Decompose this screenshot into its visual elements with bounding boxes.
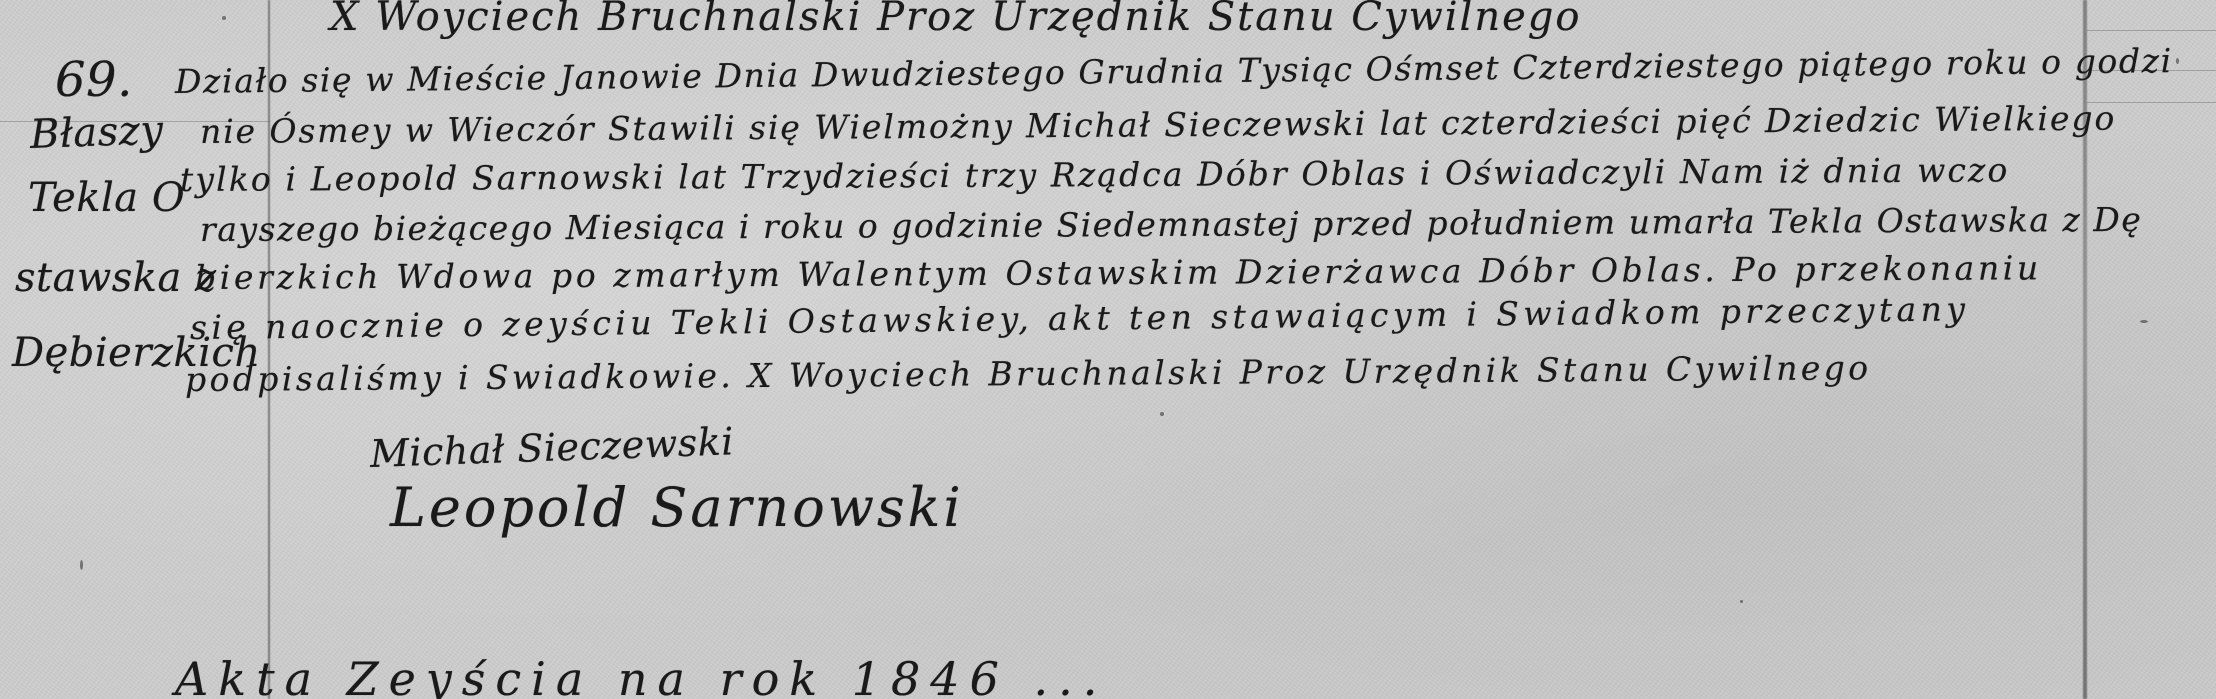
paper-speck — [1740, 600, 1743, 603]
left-margin-rule — [268, 0, 270, 699]
paper-speck — [222, 16, 226, 20]
paper-speck — [2140, 320, 2148, 323]
body-line-1: Działo się w Mieście Janowie Dnia Dwudzi… — [175, 41, 2173, 101]
margin-name-line-2: Tekla O — [28, 175, 185, 221]
signature-witness-1: Michał Sieczewski — [369, 419, 734, 476]
margin-name-line-1: Błaszy — [29, 107, 164, 158]
entry-number: 69. — [55, 52, 133, 108]
paper-speck — [1160, 412, 1164, 416]
next-entry-heading-partial: Akta Zeyścia na rok 1846 ... — [175, 652, 1107, 699]
body-line-2: nie Ósmey w Wieczór Stawili się Wielmożn… — [200, 99, 2116, 151]
margin-name-line-3: stawska z — [15, 255, 217, 301]
paper-speck — [80, 560, 83, 570]
signature-witness-2: Leopold Sarnowski — [390, 476, 964, 539]
body-line-6: się naocznie o zeyściu Tekli Ostawskiey,… — [190, 289, 1970, 347]
paper-speck — [2176, 58, 2179, 64]
body-line-3: tylko i Leopold Sarnowski lat Trzydzieśc… — [180, 150, 2010, 199]
body-line-7: podpisaliśmy i Swiadkowie. X Woyciech Br… — [185, 348, 1872, 399]
body-line-4: rayszego bieżącego Miesiąca i roku o god… — [200, 200, 2143, 249]
body-line-5: bierzkich Wdowa po zmarłym Walentym Osta… — [195, 248, 2042, 297]
registrar-header: X Woyciech Bruchnalski Proz Urzędnik Sta… — [330, 0, 1581, 40]
scanned-document-page: 69. Błaszy Tekla O stawska z Dębierzkich… — [0, 0, 2216, 699]
right-rule-1 — [2087, 30, 2216, 31]
